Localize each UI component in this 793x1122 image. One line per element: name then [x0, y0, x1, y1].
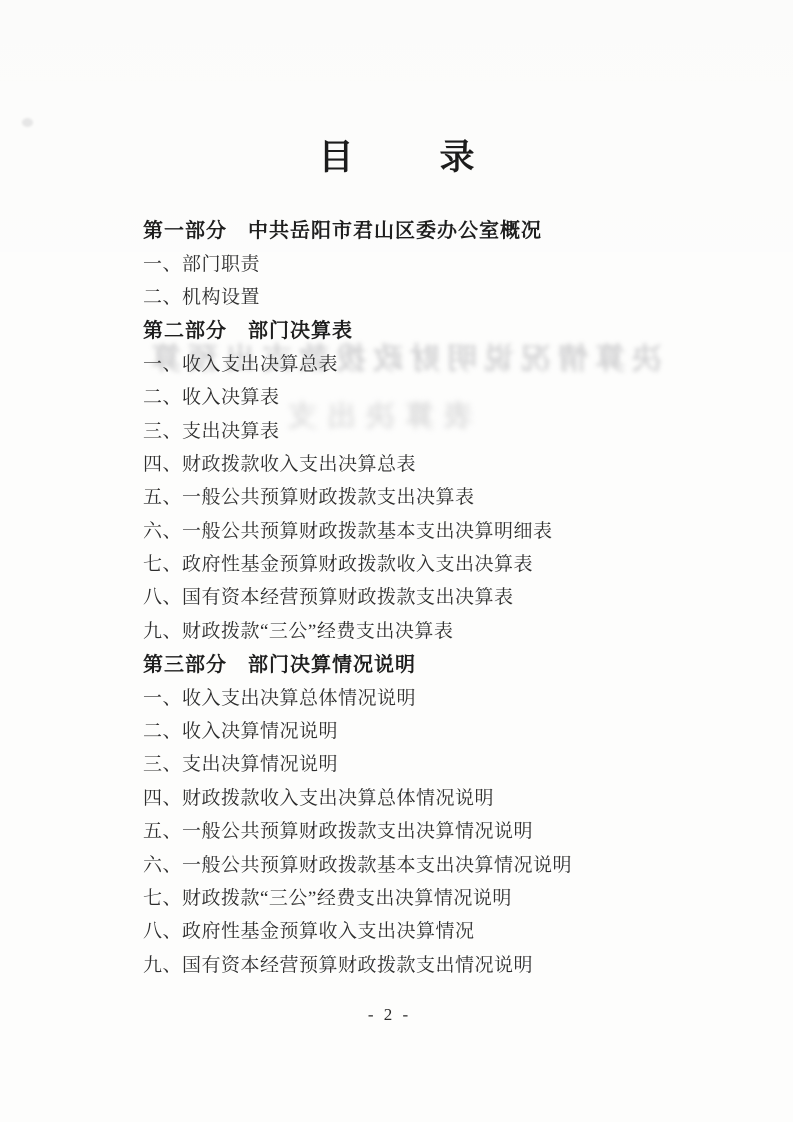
title-char-right: 录	[440, 138, 475, 178]
toc-item: 七、财政拨款“三公”经费支出决算情况说明	[143, 880, 753, 913]
toc-item: 六、一般公共预算财政拨款基本支出决算情况说明	[143, 846, 753, 879]
toc-item: 二、收入决算情况说明	[143, 713, 753, 746]
toc-item: 五、一般公共预算财政拨款支出决算情况说明	[143, 813, 753, 846]
toc-item: 一、部门职责	[143, 245, 753, 278]
toc-item: 七、政府性基金预算财政拨款收入支出决算表	[143, 546, 753, 579]
toc-section-heading: 第三部分 部门决算情况说明	[143, 646, 753, 679]
scanned-document-page: 目 录 决算情况说明财政拨款支出预算公共般一况概室公办 表算决出支 第一部分 中…	[0, 0, 793, 1122]
scan-speck-artifact	[22, 118, 33, 127]
title-char-left: 目	[318, 138, 353, 178]
toc-item: 三、支出决算表	[143, 412, 753, 445]
toc-item: 一、收入支出决算总表	[143, 346, 753, 379]
toc-item: 一、收入支出决算总体情况说明	[143, 679, 753, 712]
toc-item: 九、财政拨款“三公”经费支出决算表	[143, 613, 753, 646]
toc-item: 八、国有资本经营预算财政拨款支出决算表	[143, 579, 753, 612]
toc-item: 九、国有资本经营预算财政拨款支出情况说明	[143, 947, 753, 980]
toc-item: 四、财政拨款收入支出决算总表	[143, 446, 753, 479]
toc-item: 二、机构设置	[143, 279, 753, 312]
toc-item: 三、支出决算情况说明	[143, 746, 753, 779]
page-number: - 2 -	[0, 1005, 779, 1025]
toc-item: 六、一般公共预算财政拨款基本支出决算明细表	[143, 513, 753, 546]
toc-section-heading: 第二部分 部门决算表	[143, 312, 753, 345]
toc-item: 四、财政拨款收入支出决算总体情况说明	[143, 780, 753, 813]
toc-item: 八、政府性基金预算收入支出决算情况	[143, 913, 753, 946]
toc-item: 二、收入决算表	[143, 379, 753, 412]
page-title: 目 录	[0, 138, 793, 178]
toc-section-heading: 第一部分 中共岳阳市君山区委办公室概况	[143, 212, 753, 245]
toc-item: 五、一般公共预算财政拨款支出决算表	[143, 479, 753, 512]
table-of-contents: 第一部分 中共岳阳市君山区委办公室概况 一、部门职责 二、机构设置 第二部分 部…	[143, 212, 753, 980]
